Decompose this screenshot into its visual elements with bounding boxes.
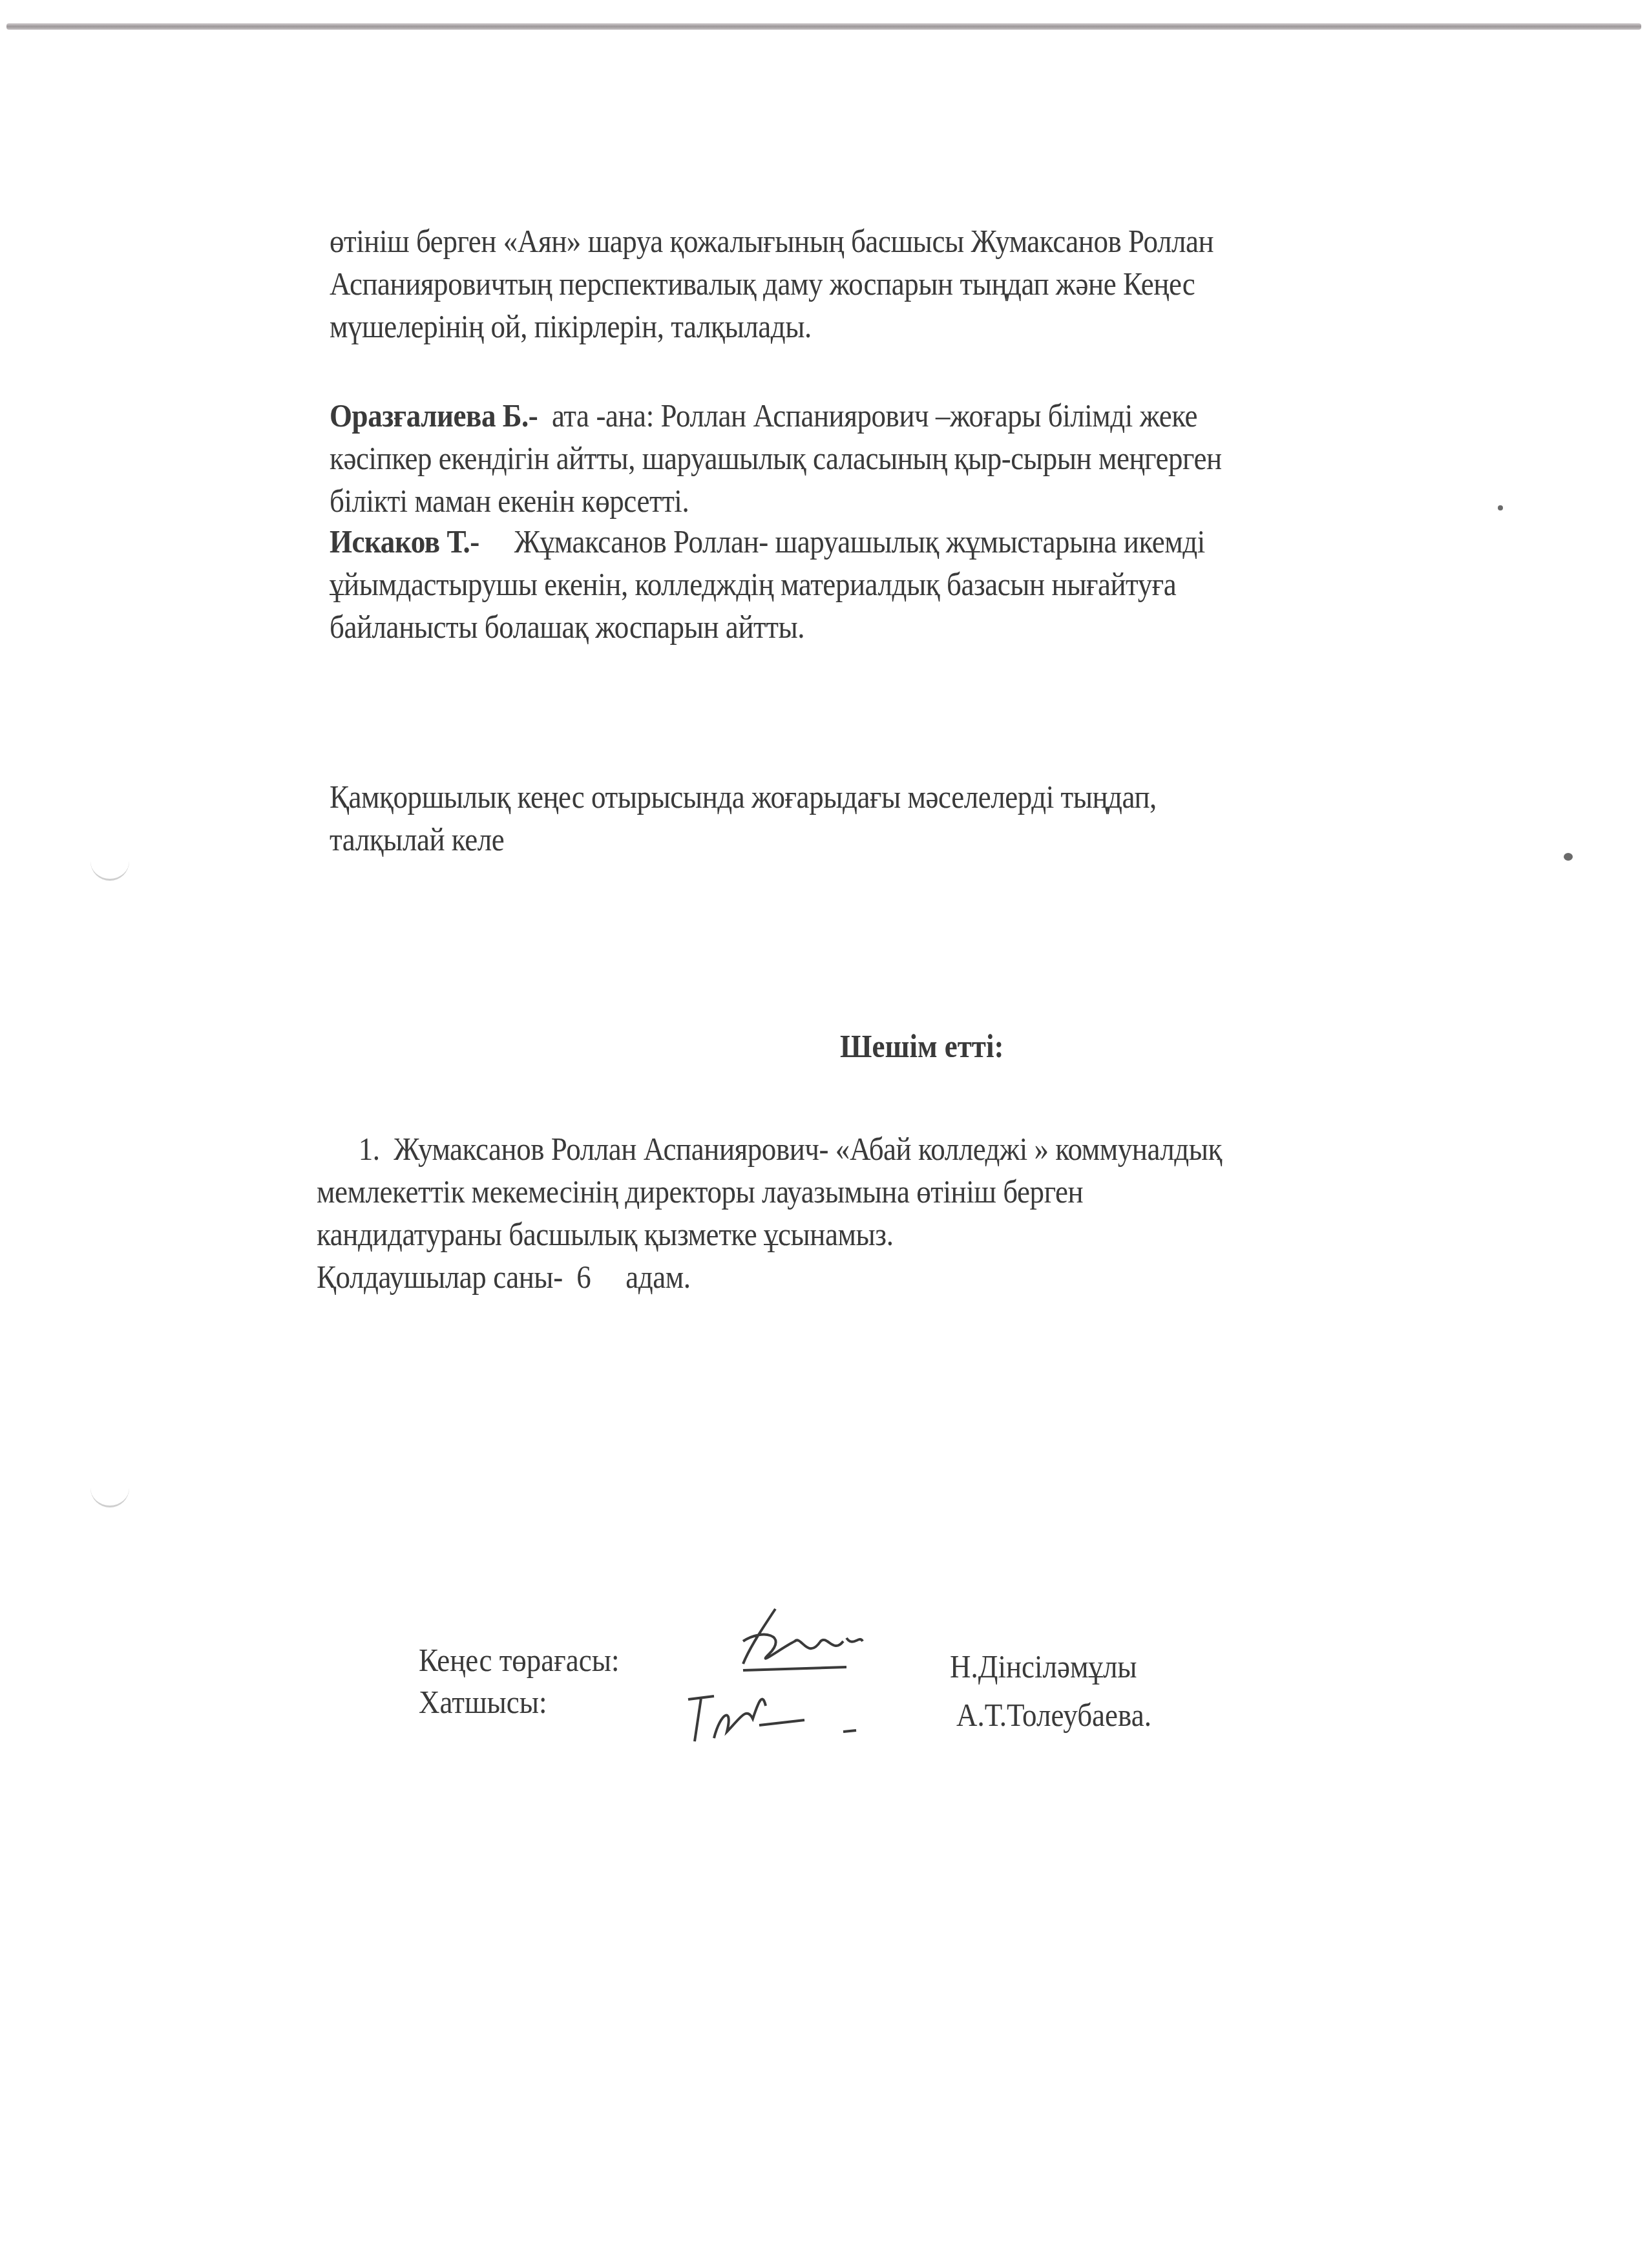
signature-chair-name: Н.Дінсіләмұлы bbox=[950, 1648, 1137, 1685]
signature-secretary-role: Хатшысы: bbox=[419, 1683, 547, 1721]
decision-item-1: 1. Жумаксанов Роллан Аспаниярович- «Абай… bbox=[317, 1128, 1222, 1298]
decision-heading: Шешім етті: bbox=[840, 1027, 1003, 1065]
scan-speck bbox=[1564, 853, 1573, 861]
intro-paragraph: өтініш берген «Аян» шаруа қожалығының ба… bbox=[330, 220, 1213, 348]
conclusion-intro: Қамқоршылық кеңес отырысында жоғарыдағы … bbox=[330, 775, 1157, 861]
signature-scribble-icon bbox=[682, 1680, 876, 1751]
statement-iskakov: Искаков Т.- Жұмаксанов Роллан- шаруашылы… bbox=[330, 520, 1205, 648]
speaker-name: Оразғалиева Б.- bbox=[330, 397, 538, 434]
signature-scribble-icon bbox=[724, 1602, 892, 1680]
speaker-name: Искаков Т.- bbox=[330, 523, 479, 560]
scan-speck bbox=[1498, 505, 1503, 510]
signature-chair-role: Кеңес төрағасы: bbox=[419, 1641, 619, 1679]
statement-orazgalieva: Оразғалиева Б.- ата -ана: Роллан Аспания… bbox=[330, 394, 1222, 522]
scan-edge-shadow bbox=[6, 23, 1641, 30]
punch-hole-mark bbox=[90, 1480, 129, 1507]
punch-hole-mark bbox=[90, 853, 129, 881]
signature-secretary-name: А.Т.Толеубаева. bbox=[956, 1696, 1151, 1734]
supporters-count: Қолдаушылар саны- 6 адам. bbox=[317, 1255, 1222, 1298]
